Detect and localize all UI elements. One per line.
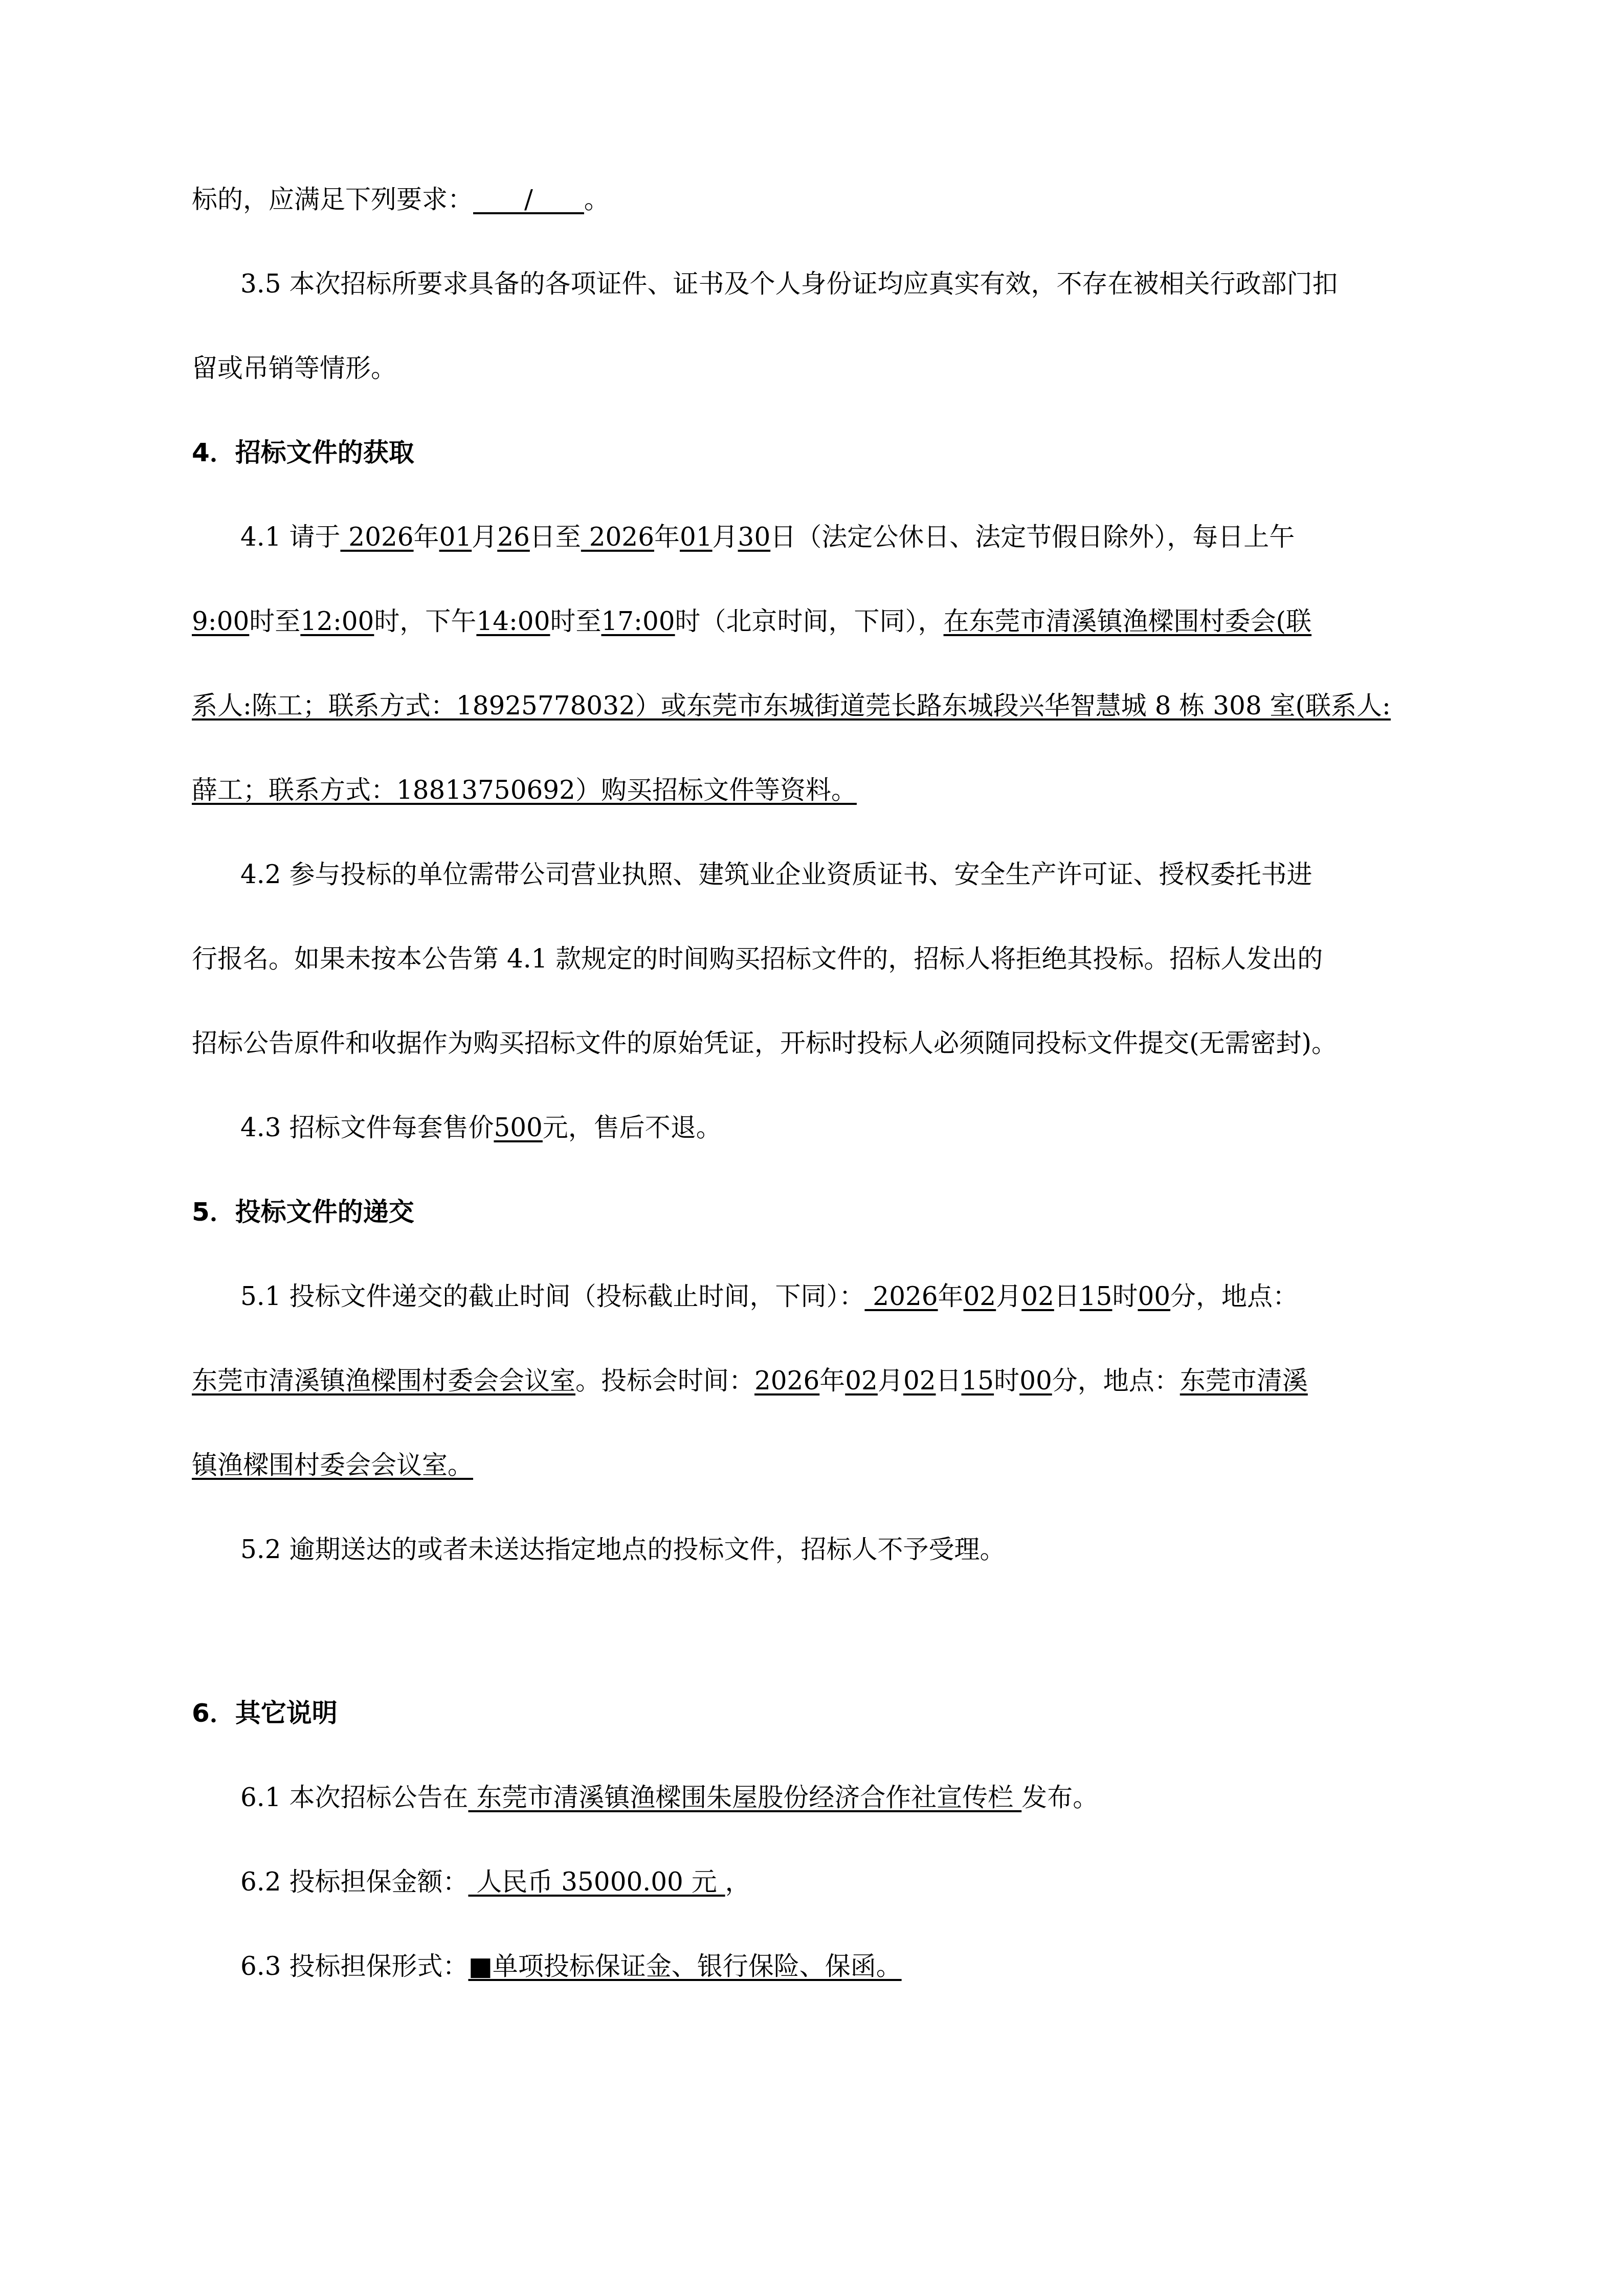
text: 年 [414, 522, 439, 552]
clause-6-3: 6.3 投标担保形式：■单项投标保证金、银行保险、保函。 [240, 1948, 902, 1984]
clause-6-1: 6.1 本次招标公告在 东莞市清溪镇渔樑围朱屋股份经济合作社宣传栏 发布。 [240, 1780, 1098, 1815]
clause-4-1-line2: 9:00时至12:00时，下午14:00时至17:00时（北京时间，下同），在东… [192, 603, 1311, 639]
day-field: 30 [738, 522, 771, 552]
clause-4-2-line2: 行报名。如果未按本公告第 4.1 款规定的时间购买招标文件的，招标人将拒绝其投标… [192, 941, 1323, 977]
clause-4-1-line4: 薛工；联系方式：18813750692）购买招标文件等资料。 [192, 772, 857, 808]
text: 6.3 投标担保形式： [240, 1951, 468, 1981]
day-field: 26 [497, 522, 530, 552]
guarantee-form-field: ■单项投标保证金、银行保险、保函。 [468, 1951, 901, 1981]
clause-4-3: 4.3 招标文件每套售价500元，售后不退。 [240, 1110, 722, 1145]
clause-4-2-line1: 4.2 参与投标的单位需带公司营业执照、建筑业企业资质证书、安全生产许可证、授权… [240, 857, 1312, 892]
section-5-heading: 5．投标文件的递交 [192, 1194, 414, 1230]
clause-4-1-line1: 4.1 请于 2026年01月26日至 2026年01月30日（法定公休日、法定… [240, 519, 1295, 555]
text: 年 [819, 1366, 845, 1395]
year-field: 2026 [581, 522, 654, 552]
month-field: 02 [964, 1281, 996, 1311]
text: 。 [584, 185, 610, 214]
clause-3-5-line2: 留或吊销等情形。 [192, 350, 396, 386]
blank-field: ____/____ [473, 185, 584, 214]
clause-4-1-line3: 系人:陈工；联系方式：18925778032）或东莞市东城街道莞长路东城段兴华智… [192, 688, 1391, 724]
time-field: 17:00 [601, 606, 675, 636]
text: 标的，应满足下列要求： [192, 185, 473, 214]
minute-field: 00 [1019, 1366, 1052, 1395]
text: 日 [936, 1366, 962, 1395]
text: 时至 [249, 606, 300, 636]
text: 4.3 招标文件每套售价 [240, 1113, 494, 1142]
text: 月 [996, 1281, 1021, 1311]
month-field: 01 [439, 522, 472, 552]
month-field: 01 [680, 522, 713, 552]
text: 月 [713, 522, 738, 552]
time-field: 9:00 [192, 606, 249, 636]
requirement-line: 标的，应满足下列要求：____/____。 [192, 182, 610, 217]
day-field: 02 [1021, 1281, 1054, 1311]
clause-5-2: 5.2 逾期送达的或者未送达指定地点的投标文件，招标人不予受理。 [240, 1532, 1005, 1567]
minute-field: 00 [1138, 1281, 1170, 1311]
clause-5-1-line3: 镇渔樑围村委会会议室。 [192, 1447, 473, 1483]
text: 日 [1054, 1281, 1080, 1311]
text: 年 [938, 1281, 964, 1311]
text: 分，地点： [1170, 1281, 1298, 1311]
clause-6-2: 6.2 投标担保金额： 人民币 35000.00 元 ， [240, 1864, 751, 1900]
day-field: 02 [903, 1366, 936, 1395]
text: 4.1 请于 [240, 522, 340, 552]
text: 时，下午 [374, 606, 476, 636]
hour-field: 15 [962, 1366, 994, 1395]
publish-location-field: 东莞市清溪镇渔樑围朱屋股份经济合作社宣传栏 [468, 1783, 1021, 1812]
location-field: 东莞市清溪镇渔樑围村委会会议室 [192, 1366, 575, 1395]
time-field: 12:00 [300, 606, 374, 636]
year-field: 2026 [754, 1366, 819, 1395]
document-page: 标的，应满足下列要求：____/____。 3.5 本次招标所要求具备的各项证件… [0, 0, 1624, 2296]
clause-3-5-line1: 3.5 本次招标所要求具备的各项证件、证书及个人身份证均应真实有效，不存在被相关… [240, 266, 1338, 302]
text: 月 [878, 1366, 903, 1395]
month-field: 02 [845, 1366, 878, 1395]
text: 元，售后不退。 [543, 1113, 722, 1142]
text: 时 [994, 1366, 1019, 1395]
text: 发布。 [1021, 1783, 1098, 1812]
text: 时（北京时间，下同）， [675, 606, 944, 636]
guarantee-amount-field: 人民币 35000.00 元 [468, 1867, 725, 1897]
clause-5-1-line1: 5.1 投标文件递交的截止时间（投标截止时间，下同）： 2026年02月02日1… [240, 1278, 1298, 1314]
text: ， [725, 1867, 751, 1897]
text: 时 [1112, 1281, 1138, 1311]
location-field: 东莞市清溪 [1180, 1366, 1308, 1395]
text: 年 [654, 522, 680, 552]
clause-4-2-line3: 招标公告原件和收据作为购买招标文件的原始凭证，开标时投标人必须随同投标文件提交(… [192, 1025, 1337, 1061]
section-4-heading: 4．招标文件的获取 [192, 435, 414, 470]
text: 月 [472, 522, 497, 552]
text: 日至 [530, 522, 581, 552]
text: 时至 [550, 606, 601, 636]
text: 日（法定公休日、法定节假日除外），每日上午 [770, 522, 1295, 552]
text: 6.1 本次招标公告在 [240, 1783, 468, 1812]
text: 6.2 投标担保金额： [240, 1867, 468, 1897]
text: 分，地点： [1052, 1366, 1180, 1395]
text: 。投标会时间： [575, 1366, 754, 1395]
time-field: 14:00 [476, 606, 550, 636]
year-field: 2026 [340, 522, 413, 552]
location-field: 在东莞市清溪镇渔樑围村委会(联 [944, 606, 1312, 636]
price-field: 500 [494, 1113, 542, 1142]
year-field: 2026 [864, 1281, 938, 1311]
text: 5.1 投标文件递交的截止时间（投标截止时间，下同）： [240, 1281, 864, 1311]
section-6-heading: 6．其它说明 [192, 1695, 338, 1731]
clause-5-1-line2: 东莞市清溪镇渔樑围村委会会议室。投标会时间：2026年02月02日15时00分，… [192, 1363, 1308, 1399]
hour-field: 15 [1080, 1281, 1113, 1311]
